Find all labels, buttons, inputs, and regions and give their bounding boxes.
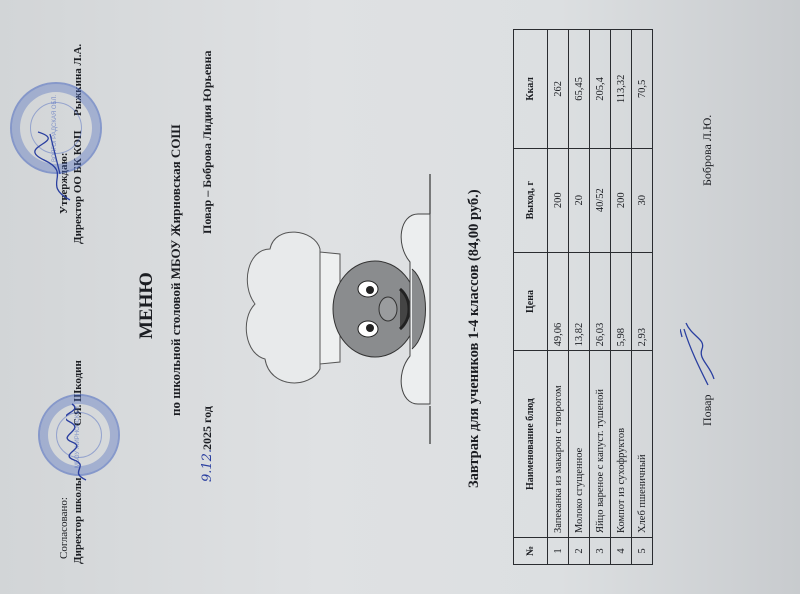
- photo-frame: Согласовано: Директор школы С.Я. Шкодин …: [0, 0, 800, 594]
- dish-price: 13,82: [569, 252, 590, 351]
- col-num: №: [514, 538, 548, 565]
- row-num: 5: [632, 538, 653, 565]
- row-num: 4: [611, 538, 632, 565]
- menu-title: МЕНЮ: [136, 272, 158, 339]
- col-yield: Выход, г: [514, 148, 548, 252]
- table-row: 1 Запеканка из макарон с творогом 49,06 …: [548, 30, 569, 565]
- table-row: 5 Хлеб пшеничный 2,93 30 70,5: [632, 30, 653, 565]
- agreed-label: Согласовано:: [58, 497, 70, 559]
- cook-line: Повар – Боброва Лидия Юрьевна: [200, 50, 215, 234]
- dish-kcal: 70,5: [632, 30, 653, 149]
- dish-kcal: 113,32: [611, 30, 632, 149]
- handwritten-date: 9.12.: [200, 449, 215, 482]
- dish-name: Запеканка из макарон с творогом: [548, 351, 569, 538]
- col-kcal: Ккал: [514, 30, 548, 149]
- footer-cook-label: Повар: [700, 395, 715, 427]
- dish-yield: 20: [569, 148, 590, 252]
- dish-kcal: 65,45: [569, 30, 590, 149]
- dish-yield: 30: [632, 148, 653, 252]
- table-row: 3 Яйцо вареное с капуст. тушеной 26,03 4…: [590, 30, 611, 565]
- col-price: Цена: [514, 252, 548, 351]
- row-num: 2: [569, 538, 590, 565]
- meal-heading: Завтрак для учеников 1-4 классов (84,00 …: [466, 189, 483, 488]
- cook-signature: [680, 309, 720, 389]
- dish-price: 2,93: [632, 252, 653, 351]
- dish-price: 5,98: [611, 252, 632, 351]
- row-num: 3: [590, 538, 611, 565]
- row-num: 1: [548, 538, 569, 565]
- agreed-role: Директор школы: [72, 478, 84, 564]
- dish-name: Хлеб пшеничный: [632, 351, 653, 538]
- dish-price: 49,06: [548, 252, 569, 351]
- table-header-row: № Наименование блюд Цена Выход, г Ккал: [514, 30, 548, 565]
- dish-kcal: 205,4: [590, 30, 611, 149]
- dish-name: Молоко сгущенное: [569, 351, 590, 538]
- menu-document: Согласовано: Директор школы С.Я. Шкодин …: [0, 0, 800, 594]
- dish-kcal: 262: [548, 30, 569, 149]
- col-dish-name: Наименование блюд: [514, 351, 548, 538]
- table-row: 2 Молоко сгущенное 13,82 20 65,45: [569, 30, 590, 565]
- dish-yield: 40/52: [590, 148, 611, 252]
- dish-name: Яйцо вареное с капуст. тушеной: [590, 351, 611, 538]
- chef-icon: [240, 174, 455, 444]
- dish-yield: 200: [548, 148, 569, 252]
- approved-signature: [30, 114, 80, 204]
- footer-cook-name: Боброва Л.Ю.: [700, 115, 715, 186]
- dish-yield: 200: [611, 148, 632, 252]
- dish-name: Компот из сухофруктов: [611, 351, 632, 538]
- table-row: 4 Компот из сухофруктов 5,98 200 113,32: [611, 30, 632, 565]
- menu-subtitle: по школьной столовой МБОУ Жирновская СОШ: [168, 124, 184, 416]
- date-suffix: 2025 год: [200, 406, 215, 450]
- dish-price: 26,03: [590, 252, 611, 351]
- menu-table: № Наименование блюд Цена Выход, г Ккал 1…: [513, 29, 653, 565]
- agreed-signature: [66, 402, 92, 482]
